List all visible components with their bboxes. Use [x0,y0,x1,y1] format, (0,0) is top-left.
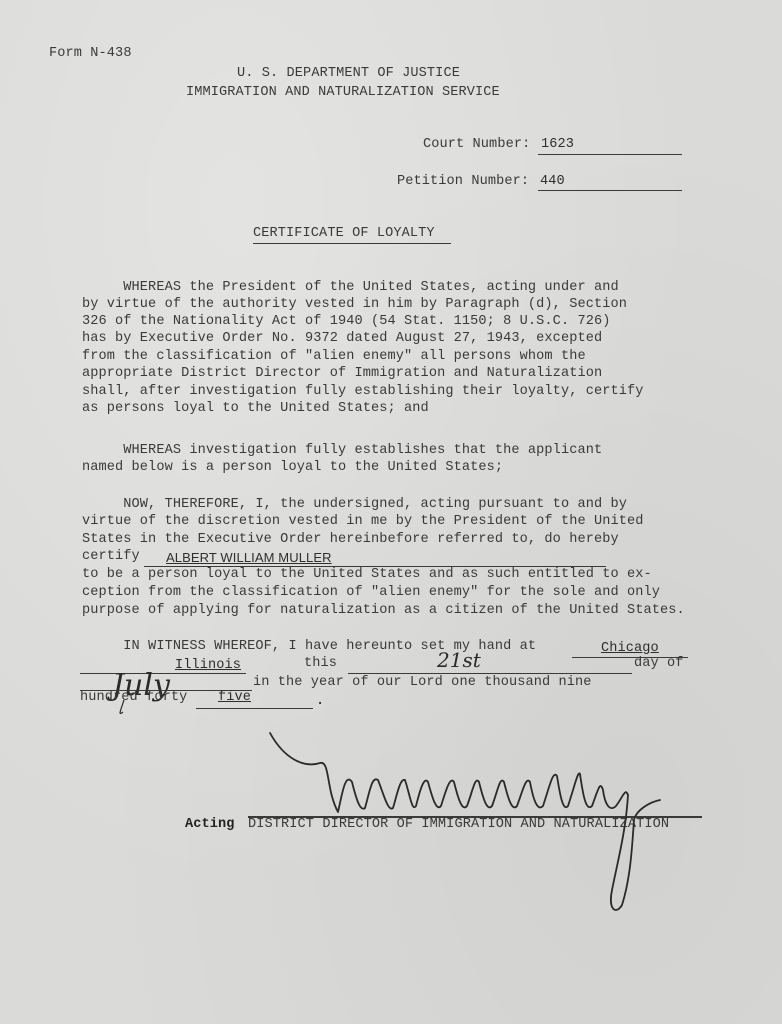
handwritten-month-flourish [0,0,782,1024]
certificate-page: Form N-438 U. S. DEPARTMENT OF JUSTICE I… [0,0,782,1024]
